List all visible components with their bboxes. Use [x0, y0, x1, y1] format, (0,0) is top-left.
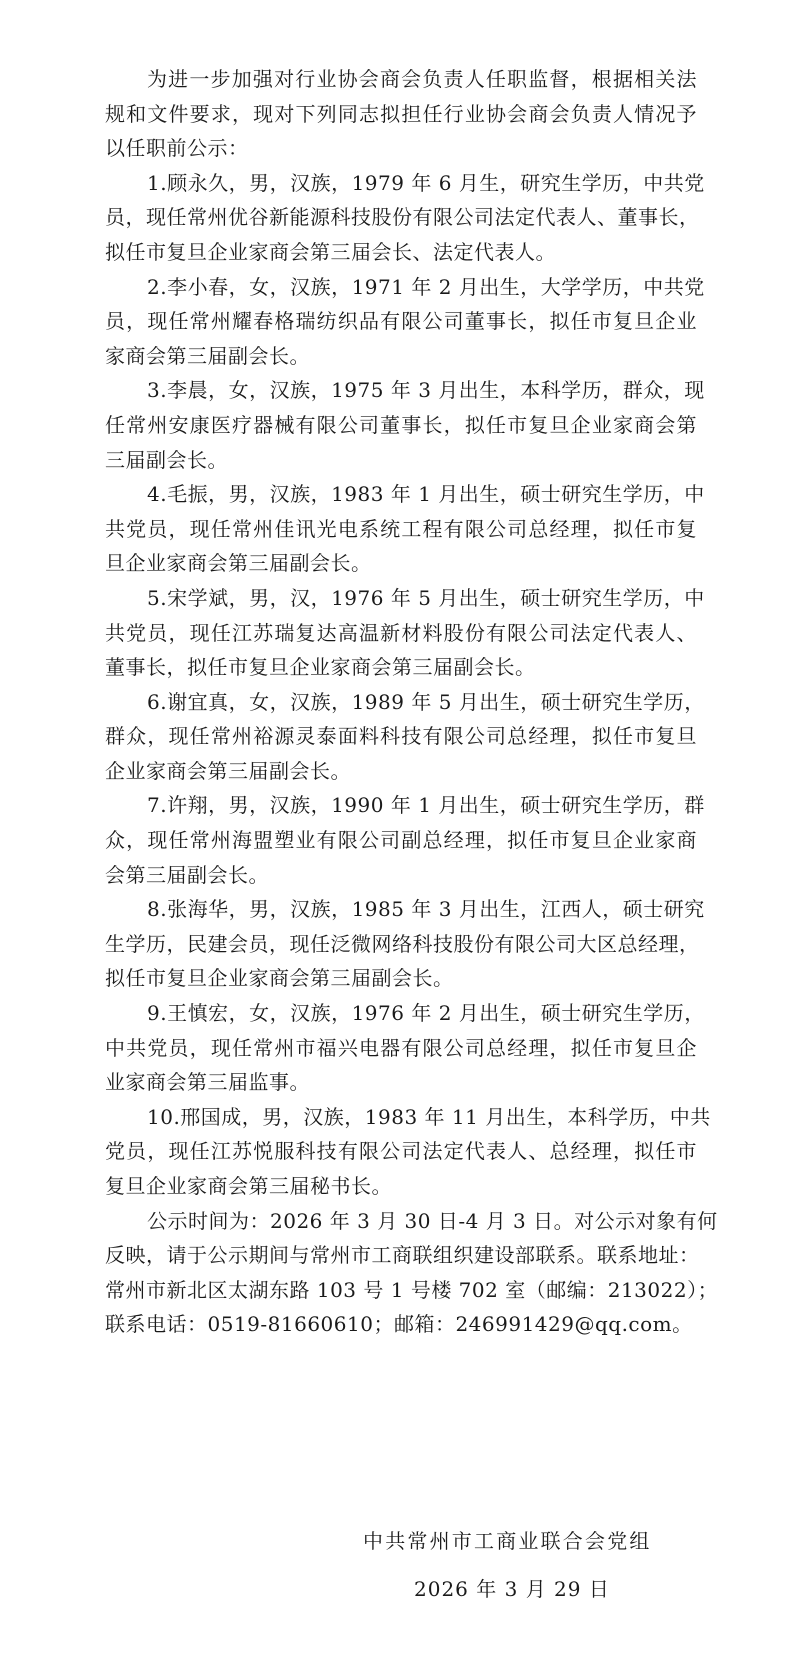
intro-line-3: 以任职前公示： — [105, 131, 697, 166]
issuer-signature: 中共常州市工商业联合会党组 — [363, 1524, 643, 1558]
nominee-9-line-2: 中共党员，现任常州市福兴电器有限公司总经理，拟任市复旦企 — [105, 1031, 697, 1066]
nominee-3-line-1: 3.李晨，女，汉族，1975 年 3 月出生，本科学历，群众，现 — [105, 373, 697, 408]
contact-line-2: 反映，请于公示期间与常州市工商联组织建设部联系。联系地址： — [105, 1238, 697, 1273]
contact-line-1: 公示时间为：2026 年 3 月 30 日-4 月 3 日。对公示对象有何 — [105, 1204, 697, 1239]
contact-line-3: 常州市新北区太湖东路 103 号 1 号楼 702 室（邮编：213022）； — [105, 1273, 697, 1308]
issue-date: 2026 年 3 月 29 日 — [414, 1572, 610, 1606]
nominee-7-line-2: 众，现任常州海盟塑业有限公司副总经理，拟任市复旦企业家商 — [105, 823, 697, 858]
nominee-9-line-3: 业家商会第三届监事。 — [105, 1065, 697, 1100]
nominee-4-line-2: 共党员，现任常州佳讯光电系统工程有限公司总经理，拟任市复 — [105, 512, 697, 547]
document-page: 为进一步加强对行业协会商会负责人任职监督，根据相关法 规和文件要求，现对下列同志… — [0, 0, 800, 1662]
nominee-10-line-3: 复旦企业家商会第三届秘书长。 — [105, 1169, 697, 1204]
nominee-5-line-3: 董事长，拟任市复旦企业家商会第三届副会长。 — [105, 650, 697, 685]
nominee-10-line-2: 党员，现任江苏悦服科技有限公司法定代表人、总经理，拟任市 — [105, 1134, 697, 1169]
intro-line-1: 为进一步加强对行业协会商会负责人任职监督，根据相关法 — [105, 62, 697, 97]
nominee-9-line-1: 9.王慎宏，女，汉族，1976 年 2 月出生，硕士研究生学历， — [105, 996, 697, 1031]
nominee-6-line-1: 6.谢宜真，女，汉族，1989 年 5 月出生，硕士研究生学历， — [105, 685, 697, 720]
nominee-2-line-2: 员，现任常州耀春格瑞纺织品有限公司董事长，拟任市复旦企业 — [105, 304, 697, 339]
nominee-1-line-2: 员，现任常州优谷新能源科技股份有限公司法定代表人、董事长， — [105, 200, 697, 235]
nominee-10-line-1: 10.邢国成，男，汉族，1983 年 11 月出生，本科学历，中共 — [105, 1100, 697, 1135]
nominee-7-line-3: 会第三届副会长。 — [105, 858, 697, 893]
document-body: 为进一步加强对行业协会商会负责人任职监督，根据相关法 规和文件要求，现对下列同志… — [105, 62, 697, 1342]
intro-line-2: 规和文件要求，现对下列同志拟担任行业协会商会负责人情况予 — [105, 97, 697, 132]
nominee-6-line-2: 群众，现任常州裕源灵泰面料科技有限公司总经理，拟任市复旦 — [105, 719, 697, 754]
nominee-8-line-3: 拟任市复旦企业家商会第三届副会长。 — [105, 961, 697, 996]
nominee-5-line-2: 共党员，现任江苏瑞复达高温新材料股份有限公司法定代表人、 — [105, 616, 697, 651]
nominee-1-line-1: 1.顾永久，男，汉族，1979 年 6 月生，研究生学历，中共党 — [105, 166, 697, 201]
nominee-5-line-1: 5.宋学斌，男，汉，1976 年 5 月出生，硕士研究生学历，中 — [105, 581, 697, 616]
nominee-8-line-1: 8.张海华，男，汉族，1985 年 3 月出生，江西人，硕士研究 — [105, 892, 697, 927]
contact-line-4: 联系电话：0519-81660610；邮箱：246991429@qq.com。 — [105, 1307, 697, 1342]
nominee-7-line-1: 7.许翔，男，汉族，1990 年 1 月出生，硕士研究生学历，群 — [105, 788, 697, 823]
nominee-4-line-3: 旦企业家商会第三届副会长。 — [105, 546, 697, 581]
nominee-1-line-3: 拟任市复旦企业家商会第三届会长、法定代表人。 — [105, 235, 697, 270]
nominee-3-line-3: 三届副会长。 — [105, 443, 697, 478]
nominee-8-line-2: 生学历，民建会员，现任泛微网络科技股份有限公司大区总经理， — [105, 927, 697, 962]
nominee-3-line-2: 任常州安康医疗器械有限公司董事长，拟任市复旦企业家商会第 — [105, 408, 697, 443]
nominee-4-line-1: 4.毛振，男，汉族，1983 年 1 月出生，硕士研究生学历，中 — [105, 477, 697, 512]
nominee-6-line-3: 企业家商会第三届副会长。 — [105, 754, 697, 789]
nominee-2-line-1: 2.李小春，女，汉族，1971 年 2 月出生，大学学历，中共党 — [105, 270, 697, 305]
nominee-2-line-3: 家商会第三届副会长。 — [105, 339, 697, 374]
